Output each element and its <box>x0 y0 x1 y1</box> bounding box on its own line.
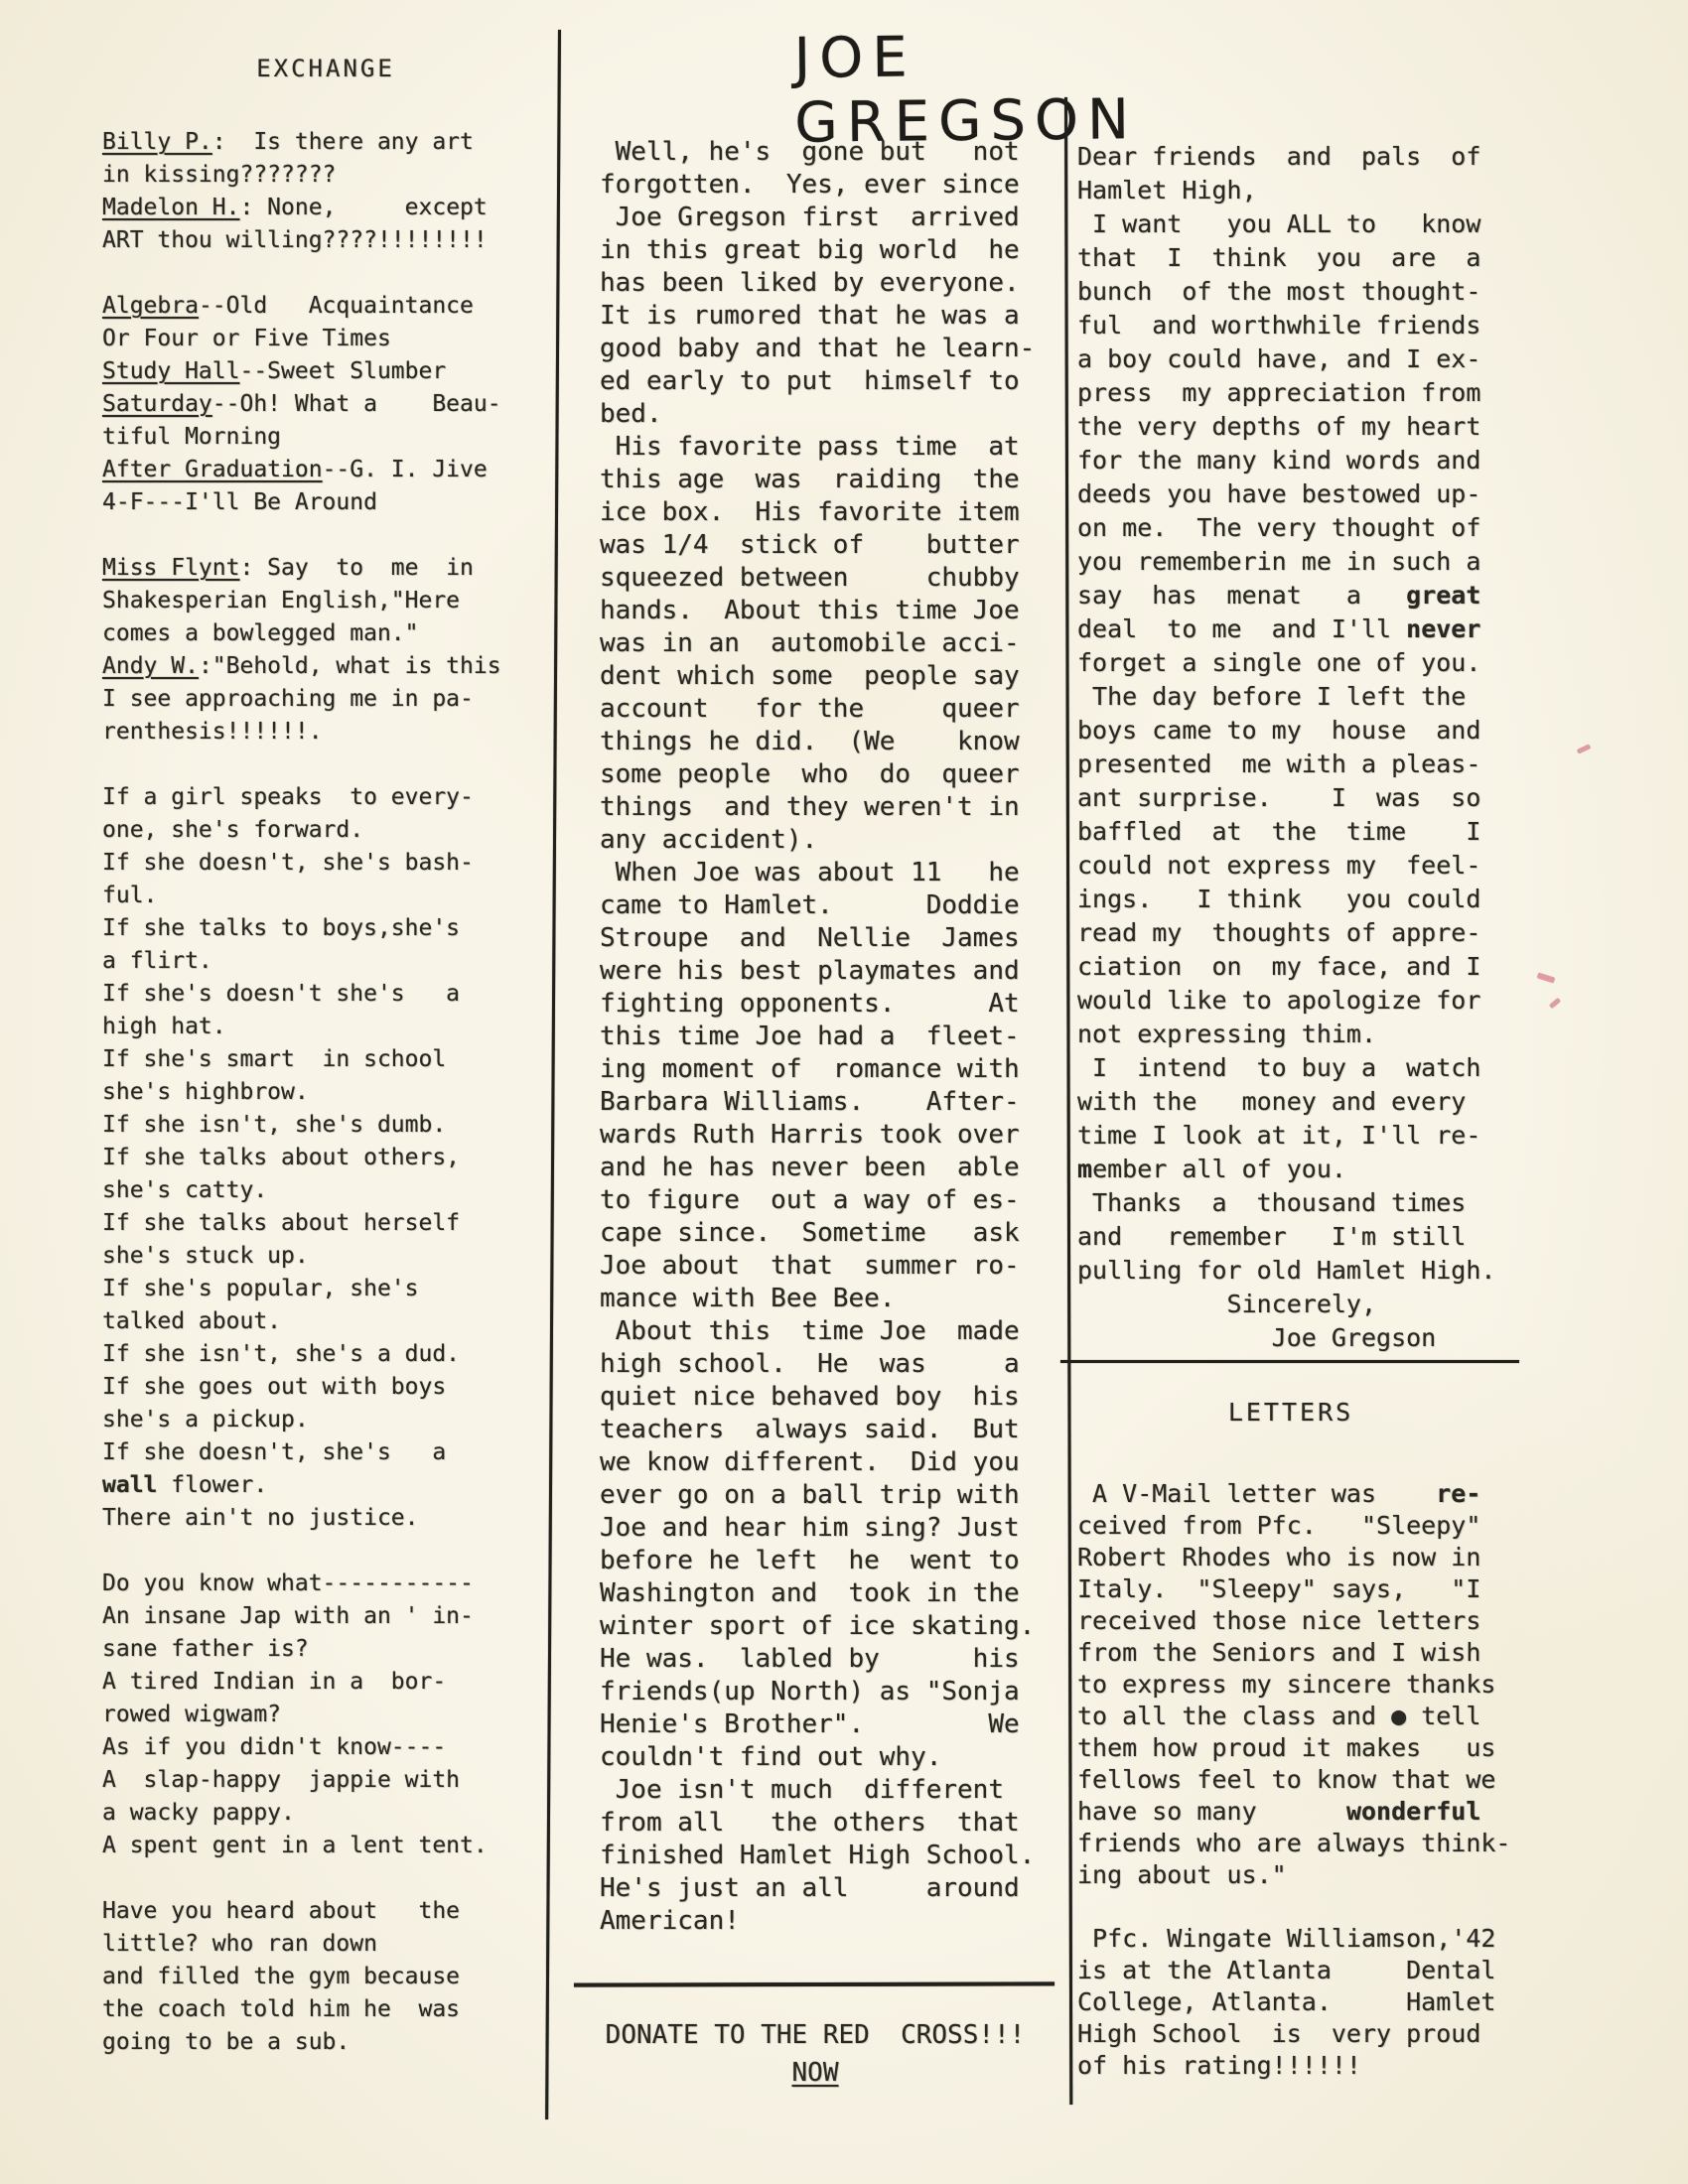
text-line: high school. He was a <box>600 1349 1035 1382</box>
text-line: she's a pickup. <box>102 1407 501 1439</box>
letters-section-rule <box>1060 1360 1519 1363</box>
text-line: fighting opponents. At <box>600 989 1035 1022</box>
letters-heading: LETTERS <box>1072 1398 1509 1427</box>
text-line: mance with Bee Bee. <box>600 1284 1035 1316</box>
bold-text: m <box>1077 1155 1092 1183</box>
text-line: comes a bowlegged man." <box>102 620 501 653</box>
text-line: bed. <box>600 399 1035 432</box>
text-line: the coach told him he was <box>102 1996 501 2029</box>
underlined-text: Saturday <box>102 391 212 417</box>
text-line: would like to apologize for <box>1077 986 1495 1020</box>
text-line: winter sport of ice skating. <box>600 1611 1035 1644</box>
text-line: a flirt. <box>102 948 501 981</box>
text-line: to all the class and ● tell <box>1077 1702 1511 1733</box>
text-line: Joe and hear him sing? Just <box>600 1513 1035 1546</box>
text-line: ciation on my face, and I <box>1077 952 1495 986</box>
text-line: is at the Atlanta Dental <box>1077 1956 1511 1987</box>
text-line: a wacky pappy. <box>102 1800 501 1833</box>
text-line <box>102 260 501 293</box>
text-line: After Graduation--G. I. Jive <box>102 457 501 489</box>
text-line: His favorite pass time at <box>600 432 1035 465</box>
article-column: Well, he's gone but notforgotten. Yes, e… <box>600 137 1035 1939</box>
letter-column: Dear friends and pals ofHamlet High, I w… <box>1077 142 1495 1357</box>
text-line: high hat. <box>102 1014 501 1046</box>
text-line: squeezed between chubby <box>600 563 1035 596</box>
text-line: Miss Flynt: Say to me in <box>102 555 501 588</box>
text-line: good baby and that he learn- <box>600 334 1035 366</box>
text-line: she's highbrow. <box>102 1079 501 1112</box>
letters-column: A V-Mail letter was re-ceived from Pfc. … <box>1077 1479 1511 2083</box>
text-line: any accident). <box>600 825 1035 858</box>
bold-text: never <box>1406 614 1480 643</box>
text-line: press my appreciation from <box>1077 378 1495 412</box>
text-line: ed early to put himself to <box>600 366 1035 399</box>
text-line: hands. About this time Joe <box>600 596 1035 628</box>
text-line: Have you heard about the <box>102 1898 501 1931</box>
text-line: Andy W.:"Behold, what is this <box>102 653 501 686</box>
text-line: If she isn't, she's dumb. <box>102 1112 501 1145</box>
ink-mark <box>1577 744 1592 753</box>
text-line <box>1077 1892 1511 1924</box>
text-line: If she isn't, she's a dud. <box>102 1341 501 1374</box>
text-line: was in an automobile acci- <box>600 628 1035 661</box>
text-line: Joe Gregson <box>1077 1323 1495 1357</box>
page-title: JOE GREGSON <box>793 21 1311 155</box>
text-line: forget a single one of you. <box>1077 648 1495 682</box>
text-line: When Joe was about 11 he <box>600 858 1035 890</box>
text-line: Study Hall--Sweet Slumber <box>102 358 501 391</box>
text-line: friends(up North) as "Sonja <box>600 1677 1035 1709</box>
text-line: some people who do queer <box>600 759 1035 792</box>
text-line: that I think you are a <box>1077 243 1495 277</box>
text-line: received those nice letters <box>1077 1606 1511 1638</box>
text-line: friends who are always think- <box>1077 1829 1511 1860</box>
text-line <box>102 1538 501 1570</box>
column-divider-right <box>1064 97 1072 2105</box>
text-line: If she's popular, she's <box>102 1276 501 1308</box>
text-line: A spent gent in a lent tent. <box>102 1833 501 1865</box>
text-line: things and they weren't in <box>600 792 1035 825</box>
text-line: Shakesperian English,"Here <box>102 588 501 620</box>
underlined-text: Algebra <box>102 293 199 319</box>
text-line: American! <box>600 1906 1035 1939</box>
underlined-text: Billy P. <box>102 129 212 155</box>
text-line: in this great big world he <box>600 235 1035 268</box>
text-line: the very depths of my heart <box>1077 412 1495 446</box>
text-line: If a girl speaks to every- <box>102 784 501 817</box>
text-line: and he has never been able <box>600 1153 1035 1185</box>
text-line: Hamlet High, <box>1077 176 1495 209</box>
text-line: If she doesn't, she's a <box>102 1439 501 1472</box>
text-line: in kissing??????? <box>102 162 501 195</box>
text-line: Well, he's gone but not <box>600 137 1035 170</box>
text-line: dent which some people say <box>600 661 1035 694</box>
text-line: An insane Jap with an ' in- <box>102 1603 501 1636</box>
text-line: Billy P.: Is there any art <box>102 129 501 162</box>
text-line: rowed wigwam? <box>102 1702 501 1734</box>
text-line: Henie's Brother". We <box>600 1709 1035 1742</box>
donate-now-underlined: NOW <box>792 2058 839 2088</box>
text-line: A V-Mail letter was re- <box>1077 1479 1511 1511</box>
text-line: and remember I'm still <box>1077 1222 1495 1256</box>
text-line: teachers always said. But <box>600 1415 1035 1447</box>
underlined-text: Madelon H. <box>102 195 239 220</box>
text-line: ful. <box>102 883 501 915</box>
text-line: before he left he went to <box>600 1546 1035 1578</box>
text-line: we know different. Did you <box>600 1447 1035 1480</box>
text-line: Joe isn't much different <box>600 1775 1035 1808</box>
text-line: ing about us." <box>1077 1860 1511 1892</box>
text-line: Italy. "Sleepy" says, "I <box>1077 1574 1511 1606</box>
text-line: He was. labled by his <box>600 1644 1035 1677</box>
text-line: of his rating!!!!!! <box>1077 2051 1511 2083</box>
text-line: was 1/4 stick of butter <box>600 530 1035 563</box>
donate-banner: DONATE TO THE RED CROSS!!! <box>576 2020 1055 2050</box>
text-line <box>102 522 501 555</box>
bold-text: wall <box>102 1472 157 1498</box>
text-line: from all the others that <box>600 1808 1035 1841</box>
text-line: High School is very proud <box>1077 2019 1511 2051</box>
donate-box-rule <box>574 1981 1055 1986</box>
text-line: Pfc. Wingate Williamson,'42 <box>1077 1924 1511 1956</box>
text-line: A tired Indian in a bor- <box>102 1669 501 1702</box>
text-line: Joe about that summer ro- <box>600 1251 1035 1284</box>
text-line: There ain't no justice. <box>102 1505 501 1538</box>
text-line: Madelon H.: None, except <box>102 195 501 227</box>
text-line: say has menat a great <box>1077 581 1495 614</box>
bold-text: ● <box>1391 1702 1406 1730</box>
text-line: Or Four or Five Times <box>102 326 501 358</box>
text-line: ful and worthwhile friends <box>1077 311 1495 344</box>
text-line: on me. The very thought of <box>1077 513 1495 547</box>
text-line: renthesis!!!!!!. <box>102 719 501 751</box>
bold-text: re- <box>1436 1479 1480 1508</box>
text-line: pulling for old Hamlet High. <box>1077 1256 1495 1290</box>
text-line: A slap-happy jappie with <box>102 1767 501 1800</box>
bold-text: great <box>1406 581 1480 610</box>
text-line: Stroupe and Nellie James <box>600 923 1035 956</box>
column-divider-left <box>545 30 561 2119</box>
text-line: member all of you. <box>1077 1155 1495 1188</box>
ink-mark <box>1537 972 1556 983</box>
underlined-text: After Graduation <box>102 457 323 482</box>
donate-banner-now: NOW <box>576 2058 1055 2088</box>
text-line: Thanks a thousand times <box>1077 1188 1495 1222</box>
text-line: If she talks about others, <box>102 1145 501 1177</box>
text-line: Joe Gregson first arrived <box>600 203 1035 235</box>
bold-text: wonderful <box>1346 1797 1480 1826</box>
text-line: presented me with a pleas- <box>1077 750 1495 783</box>
newspaper-page: EXCHANGE JOE GREGSON Billy P.: Is there … <box>0 0 1688 2184</box>
text-line: going to be a sub. <box>102 2029 501 2062</box>
text-line: cape since. Sometime ask <box>600 1218 1035 1251</box>
text-line: to express my sincere thanks <box>1077 1670 1511 1702</box>
text-line: them how proud it makes us <box>1077 1733 1511 1765</box>
text-line: 4-F---I'll Be Around <box>102 489 501 522</box>
text-line: If she talks to boys,she's <box>102 915 501 948</box>
text-line: If she talks about herself <box>102 1210 501 1243</box>
text-line: read my thoughts of appre- <box>1077 918 1495 952</box>
text-line: quiet nice behaved boy his <box>600 1382 1035 1415</box>
text-line: came to Hamlet. Doddie <box>600 890 1035 923</box>
text-line: ever go on a ball trip with <box>600 1480 1035 1513</box>
text-line: bunch of the most thought- <box>1077 277 1495 311</box>
text-line: Washington and took in the <box>600 1578 1035 1611</box>
text-line: time I look at it, I'll re- <box>1077 1121 1495 1155</box>
text-line: deeds you have bestowed up- <box>1077 479 1495 513</box>
text-line: account for the queer <box>600 694 1035 727</box>
text-line: sane father is? <box>102 1636 501 1669</box>
text-line: for the many kind words and <box>1077 446 1495 479</box>
text-line: and filled the gym because <box>102 1964 501 1996</box>
text-line: I want you ALL to know <box>1077 209 1495 243</box>
text-line: couldn't find out why. <box>600 1742 1035 1775</box>
text-line: boys came to my house and <box>1077 716 1495 750</box>
text-line: About this time Joe made <box>600 1316 1035 1349</box>
text-line: this age was raiding the <box>600 465 1035 497</box>
text-line: He's just an all around <box>600 1873 1035 1906</box>
text-line <box>102 751 501 784</box>
text-line: with the money and every <box>1077 1087 1495 1121</box>
text-line: If she's doesn't she's a <box>102 981 501 1014</box>
text-line: Barbara Williams. After- <box>600 1087 1035 1120</box>
text-line: from the Seniors and I wish <box>1077 1638 1511 1670</box>
text-line: this time Joe had a fleet- <box>600 1022 1035 1054</box>
text-line: not expressing thim. <box>1077 1020 1495 1053</box>
text-line: wards Ruth Harris took over <box>600 1120 1035 1153</box>
text-line: ings. I think you could <box>1077 885 1495 918</box>
exchange-heading: EXCHANGE <box>102 55 549 82</box>
text-line: Robert Rhodes who is now in <box>1077 1543 1511 1574</box>
exchange-column: Billy P.: Is there any artin kissing????… <box>102 129 501 2062</box>
text-line: The day before I left the <box>1077 682 1495 716</box>
text-line: As if you didn't know---- <box>102 1734 501 1767</box>
underlined-text: Miss Flynt <box>102 555 239 581</box>
text-line <box>102 1865 501 1898</box>
text-line: things he did. (We know <box>600 727 1035 759</box>
text-line: finished Hamlet High School. <box>600 1841 1035 1873</box>
underlined-text: Study Hall <box>102 358 239 384</box>
text-line: deal to me and I'll never <box>1077 614 1495 648</box>
text-line: baffled at the time I <box>1077 817 1495 851</box>
text-line: to figure out a way of es- <box>600 1185 1035 1218</box>
text-line: I intend to buy a watch <box>1077 1053 1495 1087</box>
underlined-text: Andy W. <box>102 653 199 679</box>
text-line: she's stuck up. <box>102 1243 501 1276</box>
text-line: talked about. <box>102 1308 501 1341</box>
text-line: If she doesn't, she's bash- <box>102 850 501 883</box>
text-line: ice box. His favorite item <box>600 497 1035 530</box>
text-line: could not express my feel- <box>1077 851 1495 885</box>
text-line: have so many wonderful <box>1077 1797 1511 1829</box>
text-line: ing moment of romance with <box>600 1054 1035 1087</box>
text-line: tiful Morning <box>102 424 501 457</box>
text-line: Algebra--Old Acquaintance <box>102 293 501 326</box>
text-line: fellows feel to know that we <box>1077 1765 1511 1797</box>
text-line: a boy could have, and I ex- <box>1077 344 1495 378</box>
text-line: Dear friends and pals of <box>1077 142 1495 176</box>
text-line: If she goes out with boys <box>102 1374 501 1407</box>
text-line: Saturday--Oh! What a Beau- <box>102 391 501 424</box>
text-line: wall flower. <box>102 1472 501 1505</box>
text-line: ART thou willing????!!!!!!!! <box>102 227 501 260</box>
text-line: It is rumored that he was a <box>600 301 1035 334</box>
text-line: If she's smart in school <box>102 1046 501 1079</box>
text-line: one, she's forward. <box>102 817 501 850</box>
text-line: were his best playmates and <box>600 956 1035 989</box>
text-line: has been liked by everyone. <box>600 268 1035 301</box>
text-line: I see approaching me in pa- <box>102 686 501 719</box>
text-line: College, Atlanta. Hamlet <box>1077 1987 1511 2019</box>
text-line: forgotten. Yes, ever since <box>600 170 1035 203</box>
ink-mark <box>1549 998 1561 1010</box>
text-line: little? who ran down <box>102 1931 501 1964</box>
text-line: she's catty. <box>102 1177 501 1210</box>
text-line: ceived from Pfc. "Sleepy" <box>1077 1511 1511 1543</box>
text-line: you rememberin me in such a <box>1077 547 1495 581</box>
text-line: Do you know what----------- <box>102 1570 501 1603</box>
text-line: ant surprise. I was so <box>1077 783 1495 817</box>
text-line: Sincerely, <box>1077 1290 1495 1323</box>
